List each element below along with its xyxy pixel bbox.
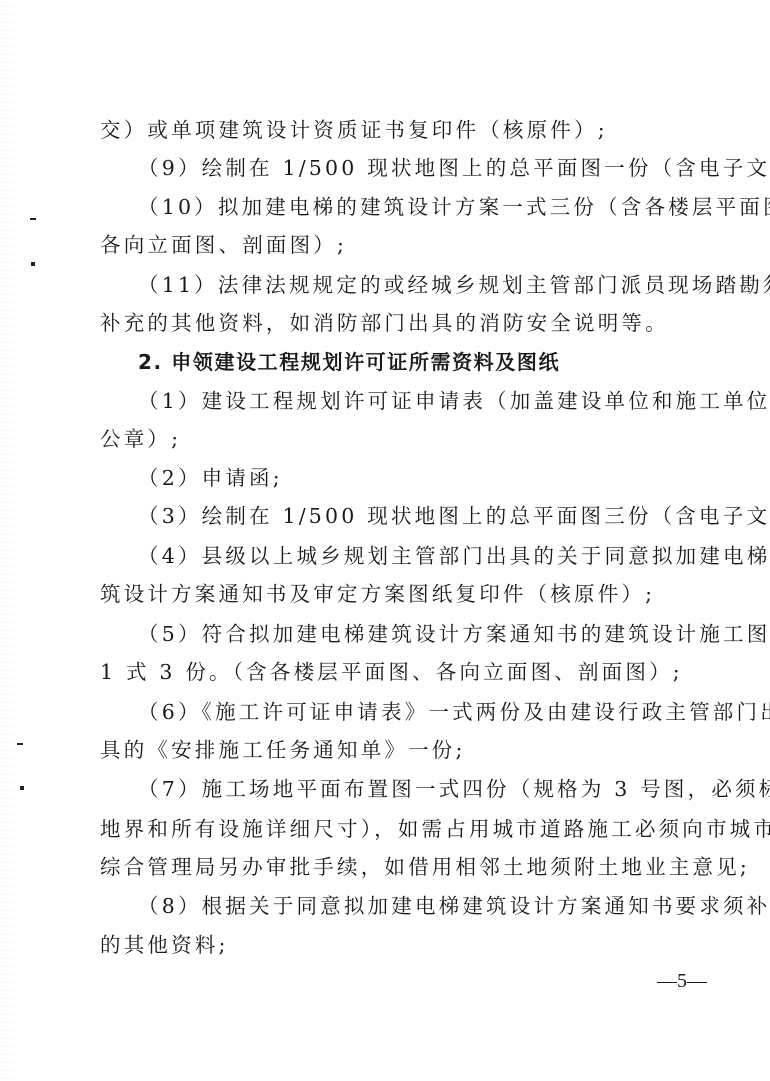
text-line: （3）绘制在 1/500 现状地图上的总平面图三份（含电子文件）;	[138, 502, 748, 530]
text-line: （4）县级以上城乡规划主管部门出具的关于同意拟加建电梯建	[138, 542, 748, 570]
text-line: （7）施工场地平面布置图一式四份（规格为 3 号图，必须标明	[138, 775, 748, 803]
text-line: （2）申请函;	[138, 464, 748, 492]
text-line: 交）或单项建筑设计资质证书复印件（核原件）;	[100, 116, 710, 144]
text-line: 公章）;	[100, 425, 710, 453]
text-line: 的其他资料;	[100, 931, 710, 959]
page-number: —5—	[657, 970, 707, 993]
text-line: （5）符合拟加建电梯建筑设计方案通知书的建筑设计施工图纸	[138, 620, 748, 648]
text-line: 各向立面图、剖面图）;	[100, 231, 710, 259]
text-line: （11）法律法规规定的或经城乡规划主管部门派员现场踏勘须	[138, 271, 748, 299]
text-line: 地界和所有设施详细尺寸），如需占用城市道路施工必须向市城市	[100, 815, 710, 843]
text-line: 补充的其他资料，如消防部门出具的消防安全说明等。	[100, 309, 710, 337]
binding-mark-dot	[20, 786, 24, 790]
scan-edge-artifact	[0, 0, 14, 1081]
text-line: 1 式 3 份。（含各楼层平面图、各向立面图、剖面图）;	[100, 658, 710, 686]
section-heading: 2. 申领建设工程规划许可证所需资料及图纸	[138, 348, 748, 376]
text-line: （9）绘制在 1/500 现状地图上的总平面图一份（含电子文件）;	[138, 154, 748, 182]
binding-mark-dash	[17, 743, 23, 745]
binding-mark-dash	[30, 218, 36, 220]
binding-mark-dot	[31, 262, 35, 266]
document-page: 交）或单项建筑设计资质证书复印件（核原件）;（9）绘制在 1/500 现状地图上…	[0, 0, 770, 1081]
text-line: （10）拟加建电梯的建筑设计方案一式三份（含各楼层平面图、	[138, 193, 748, 221]
text-line: 具的《安排施工任务通知单》一份;	[100, 736, 710, 764]
text-line: （6）《施工许可证申请表》一式两份及由建设行政主管部门出	[138, 698, 748, 726]
text-line: （1）建设工程规划许可证申请表（加盖建设单位和施工单位的	[138, 387, 748, 415]
text-line: 筑设计方案通知书及审定方案图纸复印件（核原件）;	[100, 580, 710, 608]
text-line: （8）根据关于同意拟加建电梯建筑设计方案通知书要求须补充	[138, 892, 748, 920]
text-line: 综合管理局另办审批手续，如借用相邻土地须附土地业主意见;	[100, 853, 710, 881]
